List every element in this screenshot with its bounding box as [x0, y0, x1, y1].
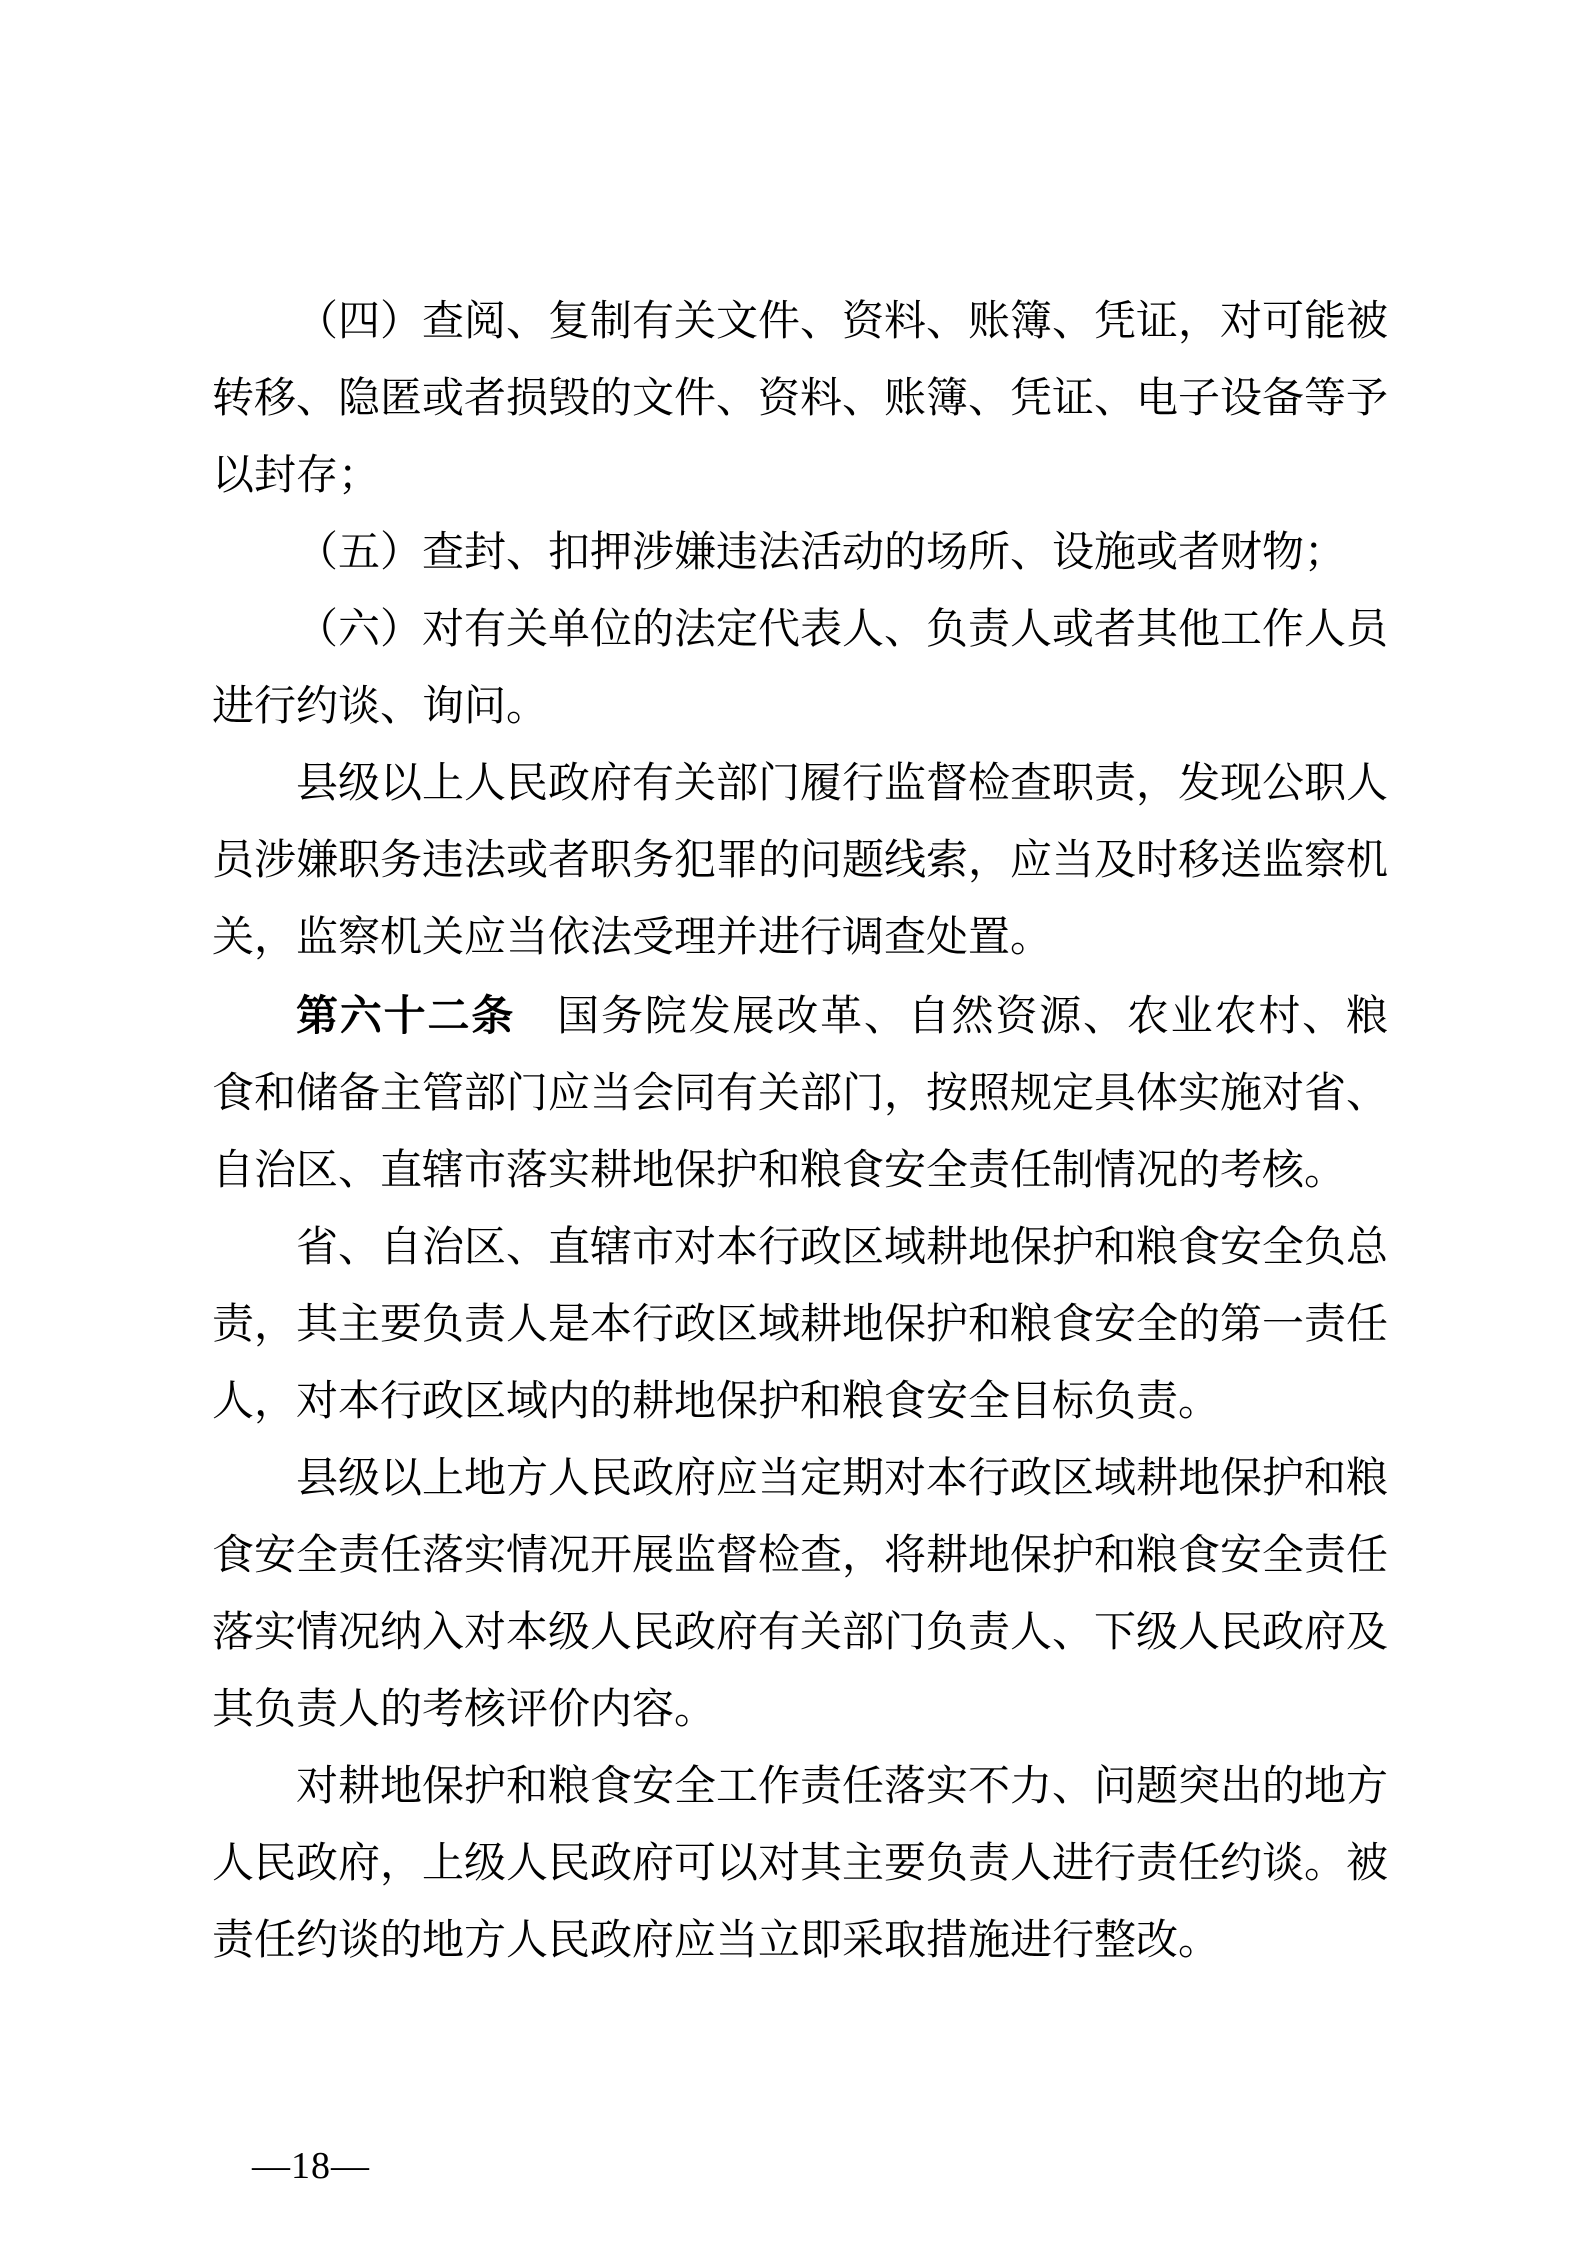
paragraph: （六）对有关单位的法定代表人、负责人或者其他工作人员进行约谈、询问。 [212, 592, 1388, 746]
document-page: （四）查阅、复制有关文件、资料、账簿、凭证，对可能被转移、隐匿或者损毁的文件、资… [0, 0, 1587, 2245]
page-number: —18— [252, 2144, 370, 2188]
paragraph: 县级以上地方人民政府应当定期对本行政区域耕地保护和粮食安全责任落实情况开展监督检… [212, 1441, 1388, 1749]
article-number: 第六十二条 [296, 992, 515, 1039]
paragraph: 县级以上人民政府有关部门履行监督检查职责，发现公职人员涉嫌职务违法或者职务犯罪的… [212, 746, 1388, 977]
paragraph: 对耕地保护和粮食安全工作责任落实不力、问题突出的地方人民政府，上级人民政府可以对… [212, 1749, 1388, 1980]
document-body: （四）查阅、复制有关文件、资料、账簿、凭证，对可能被转移、隐匿或者损毁的文件、资… [212, 284, 1388, 1980]
paragraph: 省、自治区、直辖市对本行政区域耕地保护和粮食安全负总责，其主要负责人是本行政区域… [212, 1210, 1388, 1441]
paragraph: （四）查阅、复制有关文件、资料、账簿、凭证，对可能被转移、隐匿或者损毁的文件、资… [212, 284, 1388, 515]
paragraph: 第六十二条国务院发展改革、自然资源、农业农村、粮食和储备主管部门应当会同有关部门… [212, 977, 1388, 1210]
paragraph: （五）查封、扣押涉嫌违法活动的场所、设施或者财物； [212, 515, 1388, 592]
